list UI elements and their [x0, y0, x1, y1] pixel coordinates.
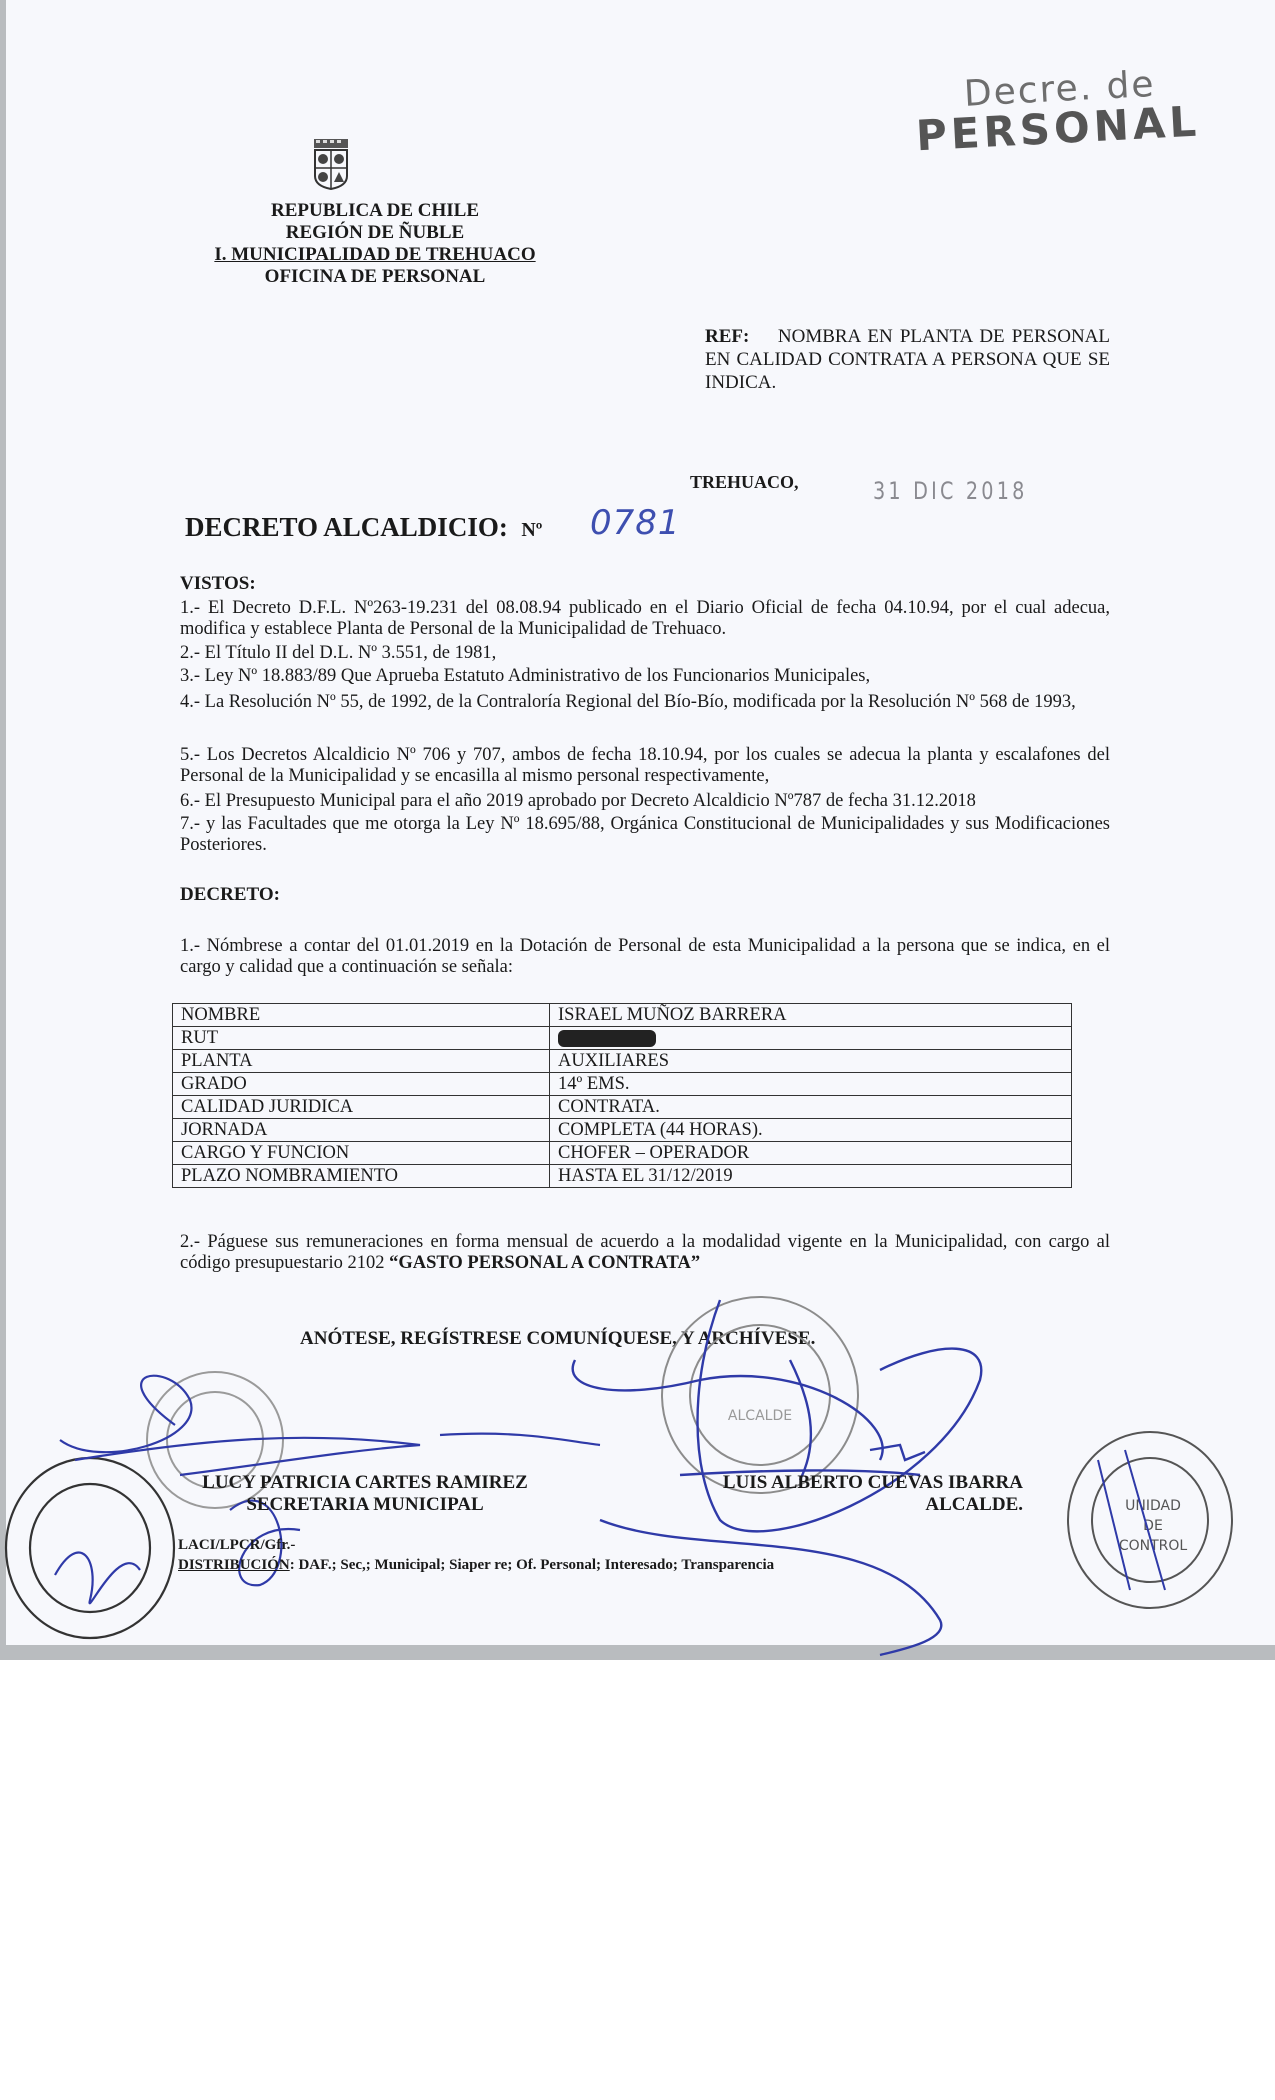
row-value: CONTRATA.: [550, 1096, 1072, 1119]
table-row: CALIDAD JURIDICACONTRATA.: [173, 1096, 1072, 1119]
secretaria-name: LUCY PATRICIA CARTES RAMIREZ: [180, 1472, 550, 1494]
reference-block: REF: NOMBRA EN PLANTA DE PERSONAL EN CAL…: [705, 325, 1110, 394]
table-row: RUT: [173, 1027, 1072, 1050]
coat-of-arms-icon: [310, 138, 352, 190]
row-key: RUT: [173, 1027, 550, 1050]
distribution-text: : DAF.; Sec,; Municipal; Siaper re; Of. …: [290, 1557, 774, 1573]
signature-block-secretaria: LUCY PATRICIA CARTES RAMIREZ SECRETARIA …: [180, 1472, 550, 1516]
vistos-item-5: 5.- Los Decretos Alcaldicio Nº 706 y 707…: [180, 745, 1110, 787]
ref-label: REF:: [705, 326, 749, 347]
decreto-item-2: 2.- Páguese sus remuneraciones en forma …: [180, 1232, 1110, 1274]
table-row: PLANTAAUXILIARES: [173, 1050, 1072, 1073]
initials: LACI/LPCR/Gfr.-: [178, 1537, 295, 1554]
personal-stamp: Decre. de PERSONAL: [913, 65, 1201, 158]
vistos-item-6: 6.- El Presupuesto Municipal para el año…: [180, 791, 1110, 812]
ref-text: NOMBRA EN PLANTA DE PERSONAL EN CALIDAD …: [705, 326, 1110, 393]
redacted-rut: [558, 1030, 656, 1047]
row-value: COMPLETA (44 HORAS).: [550, 1119, 1072, 1142]
row-value: AUXILIARES: [550, 1050, 1072, 1073]
distribution-label: DISTRIBUCIÓN: [178, 1557, 290, 1573]
header-country: REPUBLICA DE CHILE: [150, 200, 600, 222]
decree-title-text: DECRETO ALCALDICIO:: [185, 512, 508, 542]
vistos-heading: VISTOS:: [180, 573, 256, 595]
row-value: CHOFER – OPERADOR: [550, 1142, 1072, 1165]
table-row: NOMBREISRAEL MUÑOZ BARRERA: [173, 1004, 1072, 1027]
decree-title: DECRETO ALCALDICIO: Nº: [185, 512, 542, 543]
row-value: ISRAEL MUÑOZ BARRERA: [550, 1004, 1072, 1027]
row-value: [550, 1027, 1072, 1050]
item2-bold: “GASTO PERSONAL A CONTRATA”: [389, 1253, 700, 1273]
row-key: JORNADA: [173, 1119, 550, 1142]
institution-header: REPUBLICA DE CHILE REGIÓN DE ÑUBLE I. MU…: [150, 200, 600, 288]
table-row: GRADO14º EMS.: [173, 1073, 1072, 1096]
table-row: PLAZO NOMBRAMIENTOHASTA EL 31/12/2019: [173, 1165, 1072, 1188]
row-key: NOMBRE: [173, 1004, 550, 1027]
row-value: HASTA EL 31/12/2019: [550, 1165, 1072, 1188]
row-value: 14º EMS.: [550, 1073, 1072, 1096]
decree-number-handwritten: 0781: [590, 503, 681, 543]
header-municipality: I. MUNICIPALIDAD DE TREHUACO: [150, 244, 600, 266]
vistos-item-1: 1.- El Decreto D.F.L. Nº263-19.231 del 0…: [180, 598, 1110, 640]
secretaria-title: SECRETARIA MUNICIPAL: [180, 1494, 550, 1516]
date-stamp: 31 DIC 2018: [873, 477, 1028, 505]
header-office: OFICINA DE PERSONAL: [150, 266, 600, 288]
vistos-item-4: 4.- La Resolución Nº 55, de 1992, de la …: [180, 692, 1110, 713]
header-region: REGIÓN DE ÑUBLE: [150, 222, 600, 244]
row-key: PLAZO NOMBRAMIENTO: [173, 1165, 550, 1188]
signature-block-alcalde: LUIS ALBERTO CUEVAS IBARRA ALCALDE.: [683, 1472, 1023, 1516]
row-key: CALIDAD JURIDICA: [173, 1096, 550, 1119]
alcalde-name: LUIS ALBERTO CUEVAS IBARRA: [683, 1472, 1023, 1494]
vistos-item-3: 3.- Ley Nº 18.883/89 Que Aprueba Estatut…: [180, 666, 1110, 687]
decreto-item-1: 1.- Nómbrese a contar del 01.01.2019 en …: [180, 936, 1110, 978]
alcalde-title: ALCALDE.: [683, 1494, 1023, 1516]
decreto-heading: DECRETO:: [180, 884, 280, 906]
row-key: CARGO Y FUNCION: [173, 1142, 550, 1165]
vistos-item-2: 2.- El Título II del D.L. Nº 3.551, de 1…: [180, 643, 1110, 664]
row-key: PLANTA: [173, 1050, 550, 1073]
decree-number-prefix: Nº: [521, 519, 542, 541]
table-row: JORNADACOMPLETA (44 HORAS).: [173, 1119, 1072, 1142]
row-key: GRADO: [173, 1073, 550, 1096]
vistos-item-7: 7.- y las Facultades que me otorga la Le…: [180, 814, 1110, 856]
closing-formula: ANÓTESE, REGÍSTRESE COMUNÍQUESE, Y ARCHÍ…: [300, 1328, 815, 1350]
place-label: TREHUACO,: [690, 472, 799, 493]
appointment-table: NOMBREISRAEL MUÑOZ BARRERA RUT PLANTAAUX…: [172, 1003, 1072, 1188]
table-row: CARGO Y FUNCIONCHOFER – OPERADOR: [173, 1142, 1072, 1165]
distribution-line: DISTRIBUCIÓN: DAF.; Sec,; Municipal; Sia…: [178, 1557, 774, 1574]
